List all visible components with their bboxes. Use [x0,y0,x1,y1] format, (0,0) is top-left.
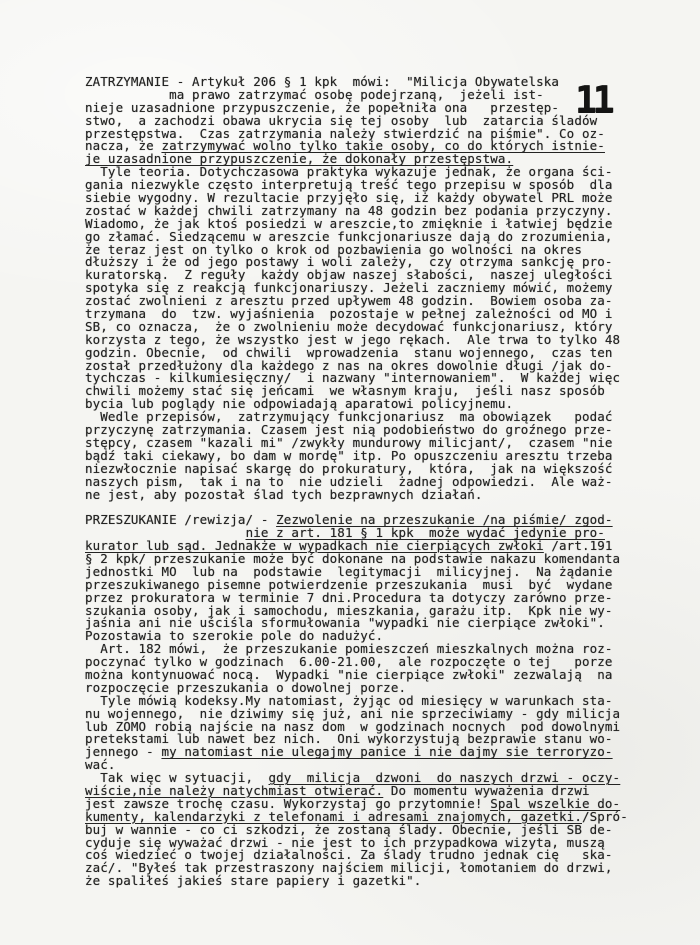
text-run: ne jest, aby pozostał ślad tych bezprawn… [85,487,483,502]
text-run: że spaliłeś jakieś stare papiery i gazet… [85,873,421,888]
document-line: ne jest, aby pozostał ślad tych bezprawn… [85,489,630,502]
document-line: że spaliłeś jakieś stare papiery i gazet… [85,875,630,888]
document-line: jennego - my natomiast nie ulegajmy pani… [85,746,630,759]
scanned-document-page: 11 ZATRZYMANIE - Artykuł 206 § 1 kpk mów… [0,0,700,945]
typewritten-text-block: ZATRZYMANIE - Artykuł 206 § 1 kpk mówi: … [85,76,630,888]
underlined-text-run: my natomiast nie ulegajmy panice i nie d… [161,744,612,759]
